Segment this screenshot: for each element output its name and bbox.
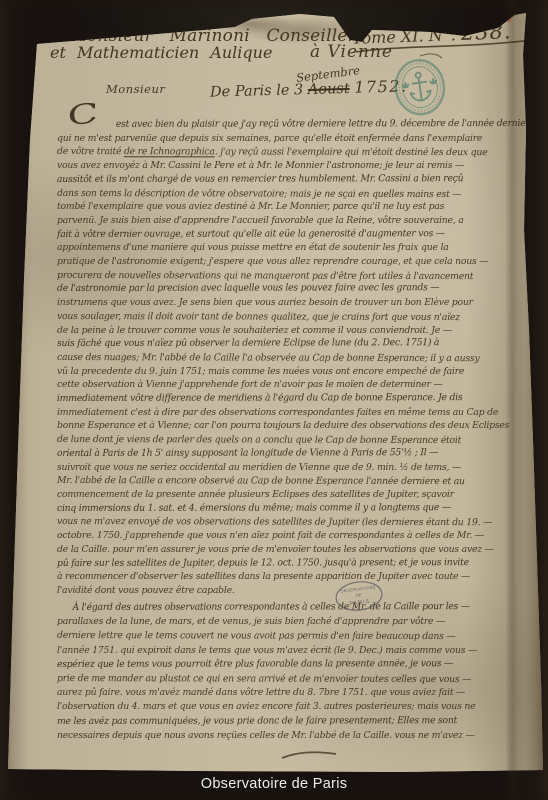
manuscript-line: espériez que le tems vous pourroit être … [57, 657, 503, 672]
manuscript-line: l'avidité dont vous pouvez être capable. [57, 584, 505, 598]
manuscript-line: necessaires depuis que nous avons reçües… [57, 729, 505, 743]
manuscript-line: fait à vôtre dernier ouvrage, et surtout… [57, 227, 503, 242]
red-corner-mark: 4 [505, 14, 513, 26]
addressee-place: à Vienne [310, 42, 393, 62]
dateline-prefix: De Paris le 3 [210, 82, 304, 100]
letter-paragraph-2: À l'égard des autres observations corres… [57, 601, 519, 743]
scanned-letter-photo: AMonsieur Marinoni Conseiller Tome XI. N… [0, 0, 548, 800]
manuscript-line: parvenü. Je suis bien aise d'apprendre l… [57, 214, 505, 228]
letter-content: AMonsieur Marinoni Conseiller Tome XI. N… [0, 0, 548, 800]
manuscript-line: immediatement vôtre difference de meridi… [57, 391, 503, 406]
manuscript-line: immediatement c'est à dire par des obser… [57, 406, 505, 420]
manuscript-line: cause des nuages; Mr. l'abbé de la Caill… [57, 351, 505, 366]
letter-paragraph-1: est avec bien du plaisir que j'ay reçû v… [57, 118, 519, 598]
manuscript-line: vous ne m'avez envoyé de vos observation… [57, 515, 505, 530]
manuscript-line: aurez pû faire. vous m'avéz mandé dans v… [57, 686, 505, 700]
manuscript-line: de la Caille. pour m'en assurer je vous … [57, 543, 505, 557]
manuscript-line: bonne Esperance et à Vienne; car l'on po… [57, 419, 505, 433]
photo-caption: Observatoire de Paris [0, 776, 548, 792]
anchor-stamp [390, 55, 452, 122]
manuscript-line: derniere lettre que le tems couvert ne v… [57, 629, 505, 644]
manuscript-line: instrumens que vous avez. Je sens bien q… [57, 296, 505, 310]
archive-reference-number: 238. [460, 19, 512, 45]
manuscript-line: cinq immersions du 1. sat. et 4. émersio… [57, 501, 503, 516]
manuscript-line: qui ne m'est parvenüe que depuis six sem… [57, 132, 505, 146]
addressee-line-2: et Mathematicien Aulique [50, 43, 272, 62]
manuscript-line: cette observation à Vienne j'apprehende … [57, 378, 505, 392]
manuscript-line: aussitôt et ils m'ont chargé de vous en … [57, 172, 503, 187]
oval-stamp-line2: DE [356, 592, 363, 598]
manuscript-line: l'observation du 4. mars et que vous en … [57, 700, 505, 714]
manuscript-line: parallaxes de la lune, de mars, et de ve… [57, 615, 505, 629]
manuscript-line: tombé l'exemplaire que vous aviez destin… [57, 200, 505, 214]
manuscript-line: À l'égard des autres observations corres… [57, 600, 503, 615]
manuscript-line: Mr. l'abbé de la Caille a encore observé… [57, 474, 505, 489]
greeting: Monsieur [106, 82, 165, 96]
underlined-title: de re Ichnographica [124, 147, 215, 158]
manuscript-line: vû la precedente du 9. juin 1751; mais c… [57, 365, 505, 379]
fleur-de-lis-icon [429, 77, 438, 85]
observatoire-oval-stamp: OBSERVATOIRE DE PARIS [332, 577, 386, 615]
manuscript-line: commencement de la presente année plusie… [57, 488, 505, 502]
manuscript-line: pratique de l'astronomie exigent; j'espe… [57, 255, 505, 269]
manuscript-line: pû faire sur les satellites de Jupiter, … [57, 556, 503, 571]
manuscript-line: l'année 1751. qui expiroit dans le tems … [57, 644, 505, 658]
manuscript-line: me les avéz pas communiquées, je vous pr… [57, 714, 503, 729]
manuscript-line: suis fâché que vous n'aïez pû observer l… [57, 336, 503, 351]
anchor-icon [407, 71, 432, 102]
oval-stamp-line3: PARIS [349, 599, 370, 607]
manuscript-line: de l'astronomie par la precision avec la… [57, 281, 503, 296]
manuscript-line: suivroit que vous ne seriez occidental a… [57, 461, 505, 475]
manuscript-line: vous soulager, mais il doit avoir tant d… [57, 310, 505, 325]
manuscript-line: octobre. 1750. j'apprehende que vous n'e… [57, 529, 505, 543]
manuscript-line: de vôtre traité de re Ichnographica. j'a… [57, 145, 505, 160]
manuscript-line: oriental à Paris de 1h 5' ainsy supposan… [57, 446, 503, 461]
manuscript-line: est avec bien du plaisir que j'ay reçû v… [57, 117, 503, 132]
manuscript-line: appointemens d'une maniere qui vous puis… [57, 241, 505, 255]
manuscript-line: dans son tems la déscription de vôtre ob… [57, 187, 505, 202]
manuscript-line: vous avez envoyéz à Mr. Cassini le Pere … [57, 159, 505, 173]
manuscript-line: à recommencer d'observer les satellites … [57, 570, 505, 584]
manuscript-line: prie de me mander au plustot ce qui en s… [57, 672, 505, 687]
closing-flourish [282, 752, 336, 758]
struck-month: Aoust [308, 81, 350, 98]
